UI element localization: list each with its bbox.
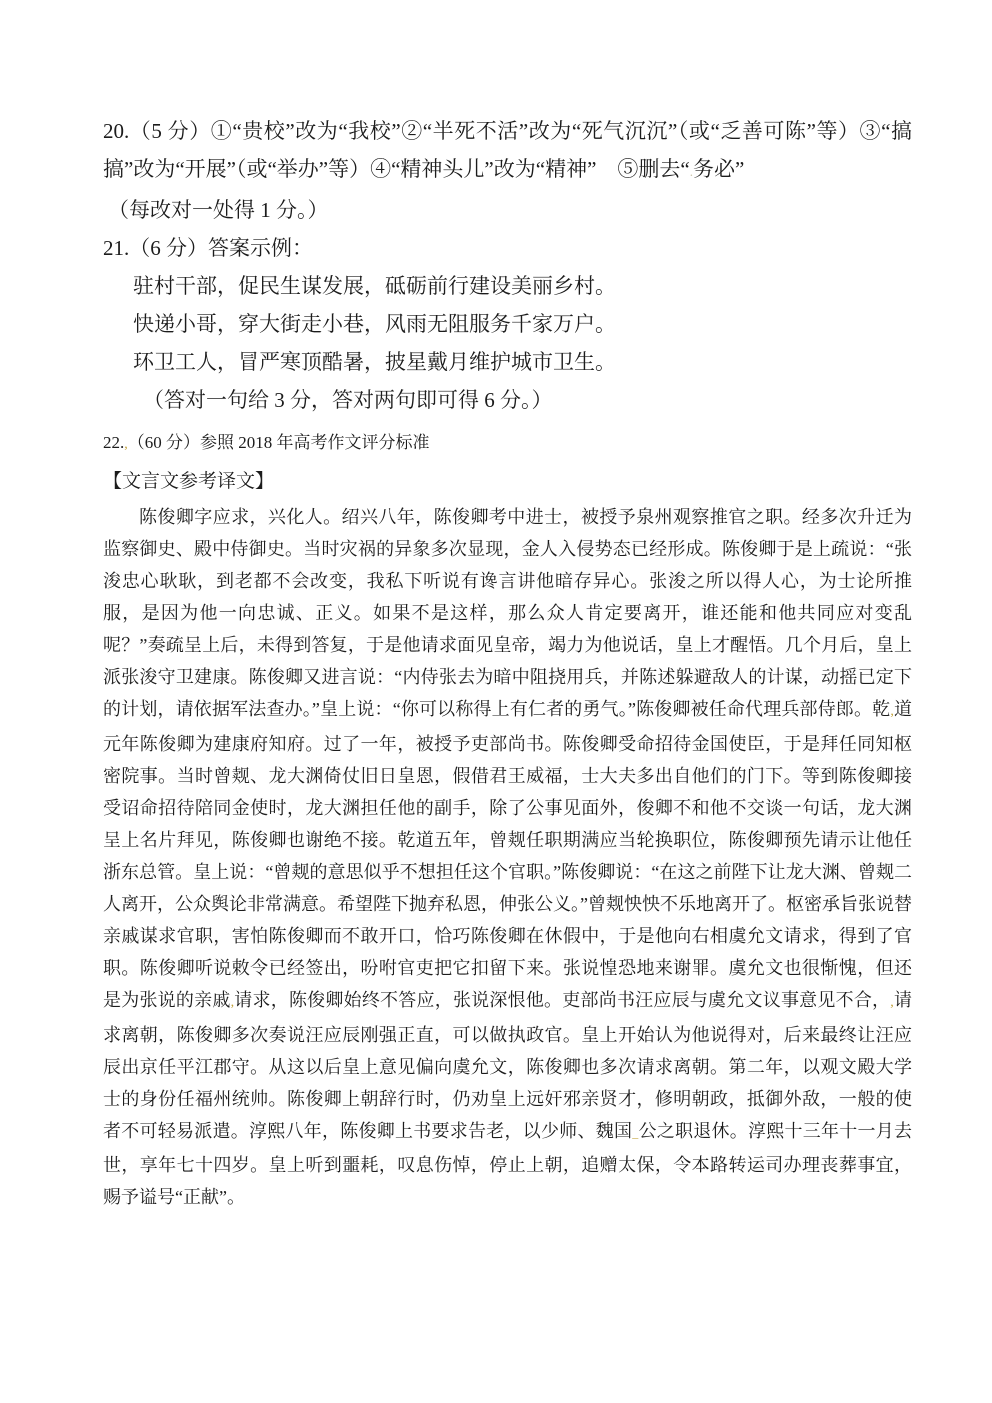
answer-22-number: 22.: [103, 433, 124, 452]
answer-20: 20.（5 分）①“贵校”改为“我校”②“半死不活”改为“死气沉沉”（或“乏善可…: [103, 112, 912, 191]
answer-22-text: （60 分）参照 2018 年高考作文评分标准: [128, 433, 430, 452]
translation-text-4: 请求离朝，陈俊卿多次奏说汪应辰刚强正直，可以做执政官。皇上开始认为他说得对，后来…: [103, 990, 912, 1141]
answer-21-example-3: 环卫工人，冒严寒顶酷暑，披星戴月维护城市卫生。: [103, 343, 912, 381]
answer-20-text: 20.（5 分）①“贵校”改为“我校”②“半死不活”改为“死气沉沉”（或“乏善可…: [103, 119, 912, 181]
answer-20-text-end: 务必”: [693, 157, 744, 181]
translation-text-2: 道元年陈俊卿为建康府知府。过了一年，被授予吏部尚书。陈俊卿受命招待金国使臣，于是…: [103, 699, 912, 1010]
answer-20-note: （每改对一处得 1 分。）: [103, 191, 912, 229]
page-content: 20.（5 分）①“贵校”改为“我校”②“半死不活”改为“死气沉沉”（或“乏善可…: [0, 0, 992, 1213]
answer-21-example-1: 驻村干部，促民生谋发展，砥砺前行建设美丽乡村。: [103, 267, 912, 305]
answer-21-example-2: 快递小哥，穿大街走小巷，风雨无阻服务千家万户。: [103, 305, 912, 343]
translation-heading: 【文言文参考译文】: [103, 467, 912, 497]
answer-22: 22.,（60 分）参照 2018 年高考作文评分标准: [103, 429, 912, 459]
translation-paragraph: 陈俊卿字应求，兴化人。绍兴八年，陈俊卿考中进士，被授予泉州观察推官之职。经多次升…: [103, 501, 912, 1213]
translation-text-1: 陈俊卿字应求，兴化人。绍兴八年，陈俊卿考中进士，被授予泉州观察推官之职。经多次升…: [103, 507, 912, 719]
answer-21-note: （答对一句给 3 分，答对两句即可得 6 分。）: [103, 381, 912, 419]
document-page: 20.（5 分）①“贵校”改为“我校”②“半死不活”改为“死气沉沉”（或“乏善可…: [0, 0, 992, 1403]
answer-21-header: 21.（6 分）答案示例：: [103, 229, 912, 267]
translation-text-3: 请求，陈俊卿始终不答应，张说深恨他。吏部尚书汪应辰与虞允文议事意见不合，: [234, 990, 890, 1010]
